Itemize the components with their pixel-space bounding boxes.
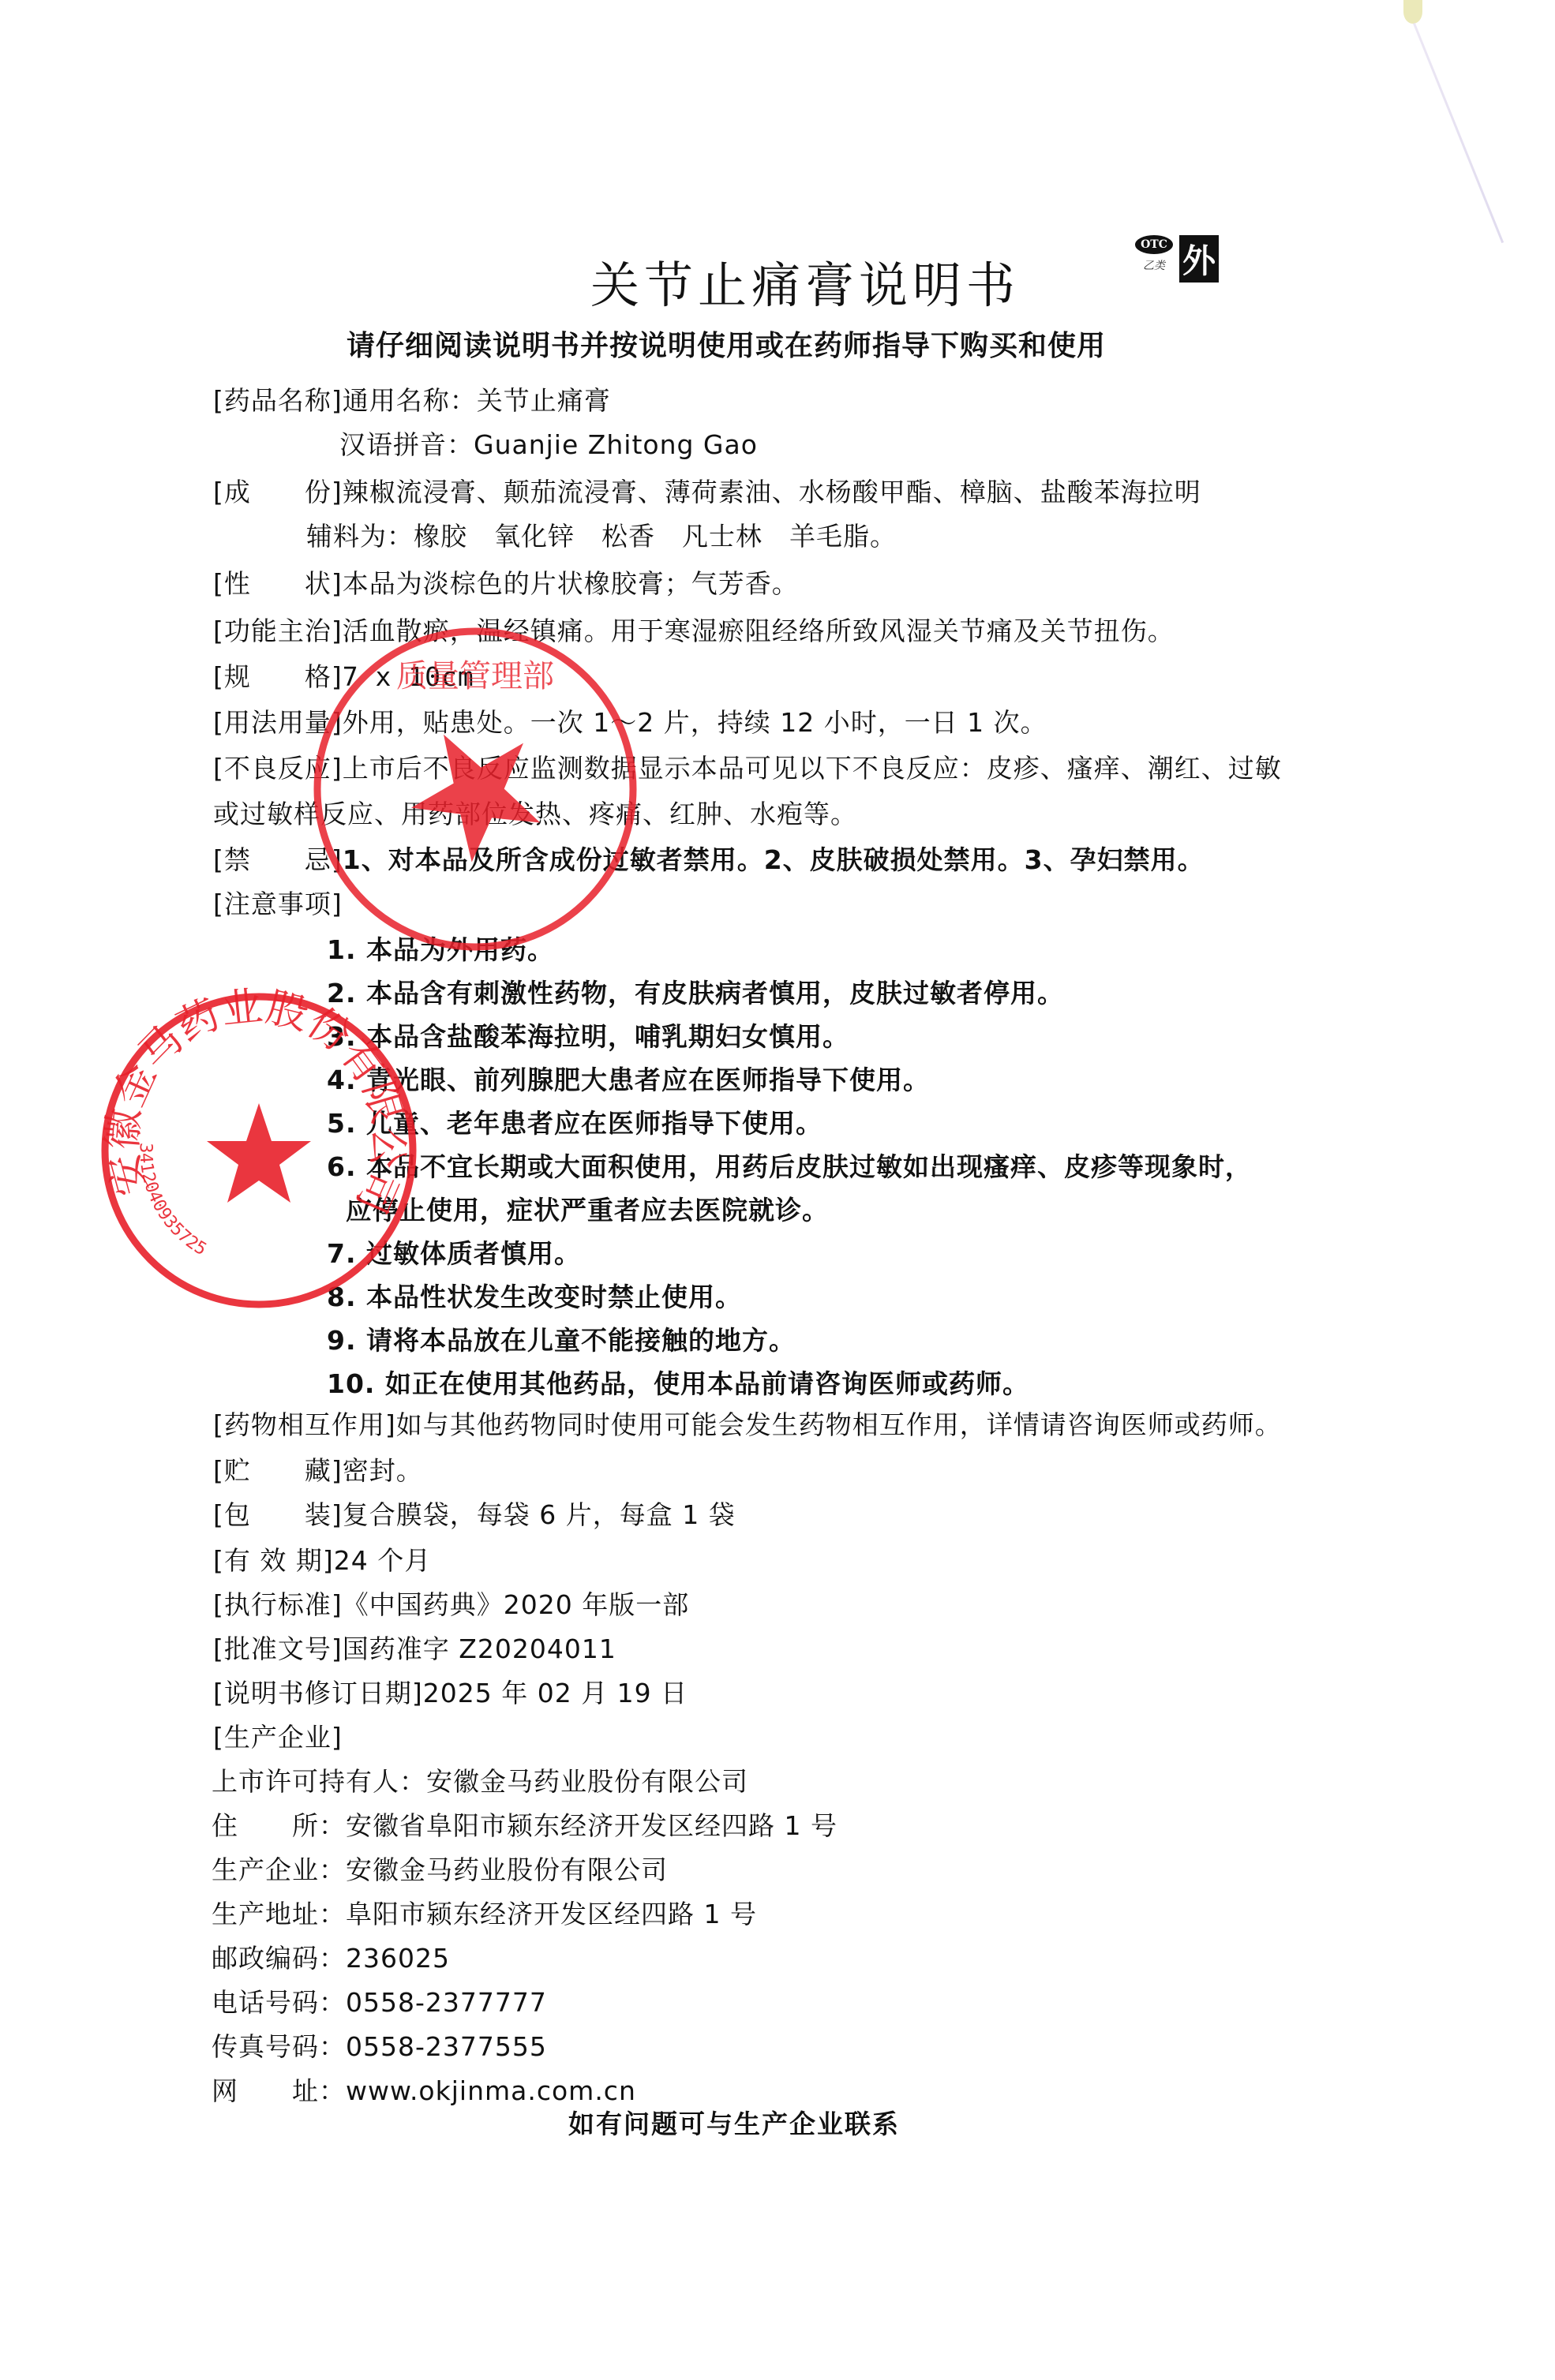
svg-text:质量管理部: 质量管理部	[396, 658, 554, 694]
manufacturer-row: 邮政编码：236025	[212, 1938, 450, 1975]
label: [贮 藏]	[213, 1455, 343, 1486]
label: [性 状]	[213, 568, 343, 599]
label: [说明书修订日期]	[213, 1678, 423, 1708]
label: [有 效 期]	[213, 1545, 334, 1576]
section-approval: [批准文号]国药准字 Z20204011	[213, 1629, 616, 1666]
svg-text:3412040935725: 3412040935725	[135, 1143, 209, 1260]
value: 复合膜袋，每袋 6 片，每盒 1 袋	[343, 1499, 736, 1530]
otc-class: 乙类	[1143, 257, 1165, 273]
value: 《中国药典》2020 年版一部	[343, 1589, 689, 1620]
footer-note: 如有问题可与生产企业联系	[568, 2104, 900, 2141]
section-storage: [贮 藏]密封。	[213, 1450, 423, 1487]
value: 辣椒流浸膏、颠茄流浸膏、薄荷素油、水杨酸甲酯、樟脑、盐酸苯海拉明	[343, 477, 1201, 507]
label: [包 装]	[213, 1499, 343, 1530]
precaution-item: 9. 请将本品放在儿童不能接触的地方。	[327, 1320, 796, 1357]
precaution-item: 6. 本品不宜长期或大面积使用，用药后皮肤过敏如出现瘙痒、皮疹等现象时，	[327, 1147, 1252, 1184]
manufacturer-row: 网 址：www.okjinma.com.cn	[212, 2071, 636, 2108]
badge-group: OTC 乙类 外	[1135, 235, 1219, 283]
subtitle: 请仔细阅读说明书并按说明使用或在药师指导下购买和使用	[332, 324, 1121, 364]
excipients: 辅料为：橡胶 氧化锌 松香 凡士林 羊毛脂。	[306, 516, 897, 553]
external-use-icon: 外	[1179, 235, 1219, 283]
document-title: 关节止痛膏说明书	[553, 246, 1058, 316]
manufacturer-row: 生产企业：安徽金马药业股份有限公司	[212, 1850, 668, 1887]
label: [药品名称]	[213, 385, 343, 416]
label: [批准文号]	[213, 1633, 343, 1664]
label: [执行标准]	[213, 1589, 343, 1620]
value: 本品为淡棕色的片状橡胶膏；气芳香。	[343, 568, 799, 599]
precaution-item: 10. 如正在使用其他药品，使用本品前请咨询医师或药师。	[327, 1364, 1029, 1401]
section-name: [药品名称]通用名称：关节止痛膏	[213, 380, 611, 417]
precaution-item: 2. 本品含有刺激性药物，有皮肤病者慎用，皮肤过敏者停用。	[327, 973, 1064, 1010]
section-interactions: [药物相互作用]如与其他药物同时使用可能会发生药物相互作用，详情请咨询医师或药师…	[213, 1405, 1282, 1442]
company-seal-upper: 质量管理部	[302, 616, 649, 963]
value: 密封。	[343, 1455, 423, 1486]
manufacturer-row: 电话号码：0558-2377777	[212, 1982, 547, 2019]
section-package: [包 装]复合膜袋，每袋 6 片，每盒 1 袋	[213, 1495, 736, 1532]
section-appearance: [性 状]本品为淡棕色的片状橡胶膏；气芳香。	[213, 563, 799, 601]
section-revision: [说明书修订日期]2025 年 02 月 19 日	[213, 1673, 688, 1710]
value: 国药准字 Z20204011	[343, 1633, 616, 1664]
section-manufacturer-label: [生产企业]	[213, 1717, 343, 1754]
pinyin: 汉语拼音：Guanjie Zhitong Gao	[339, 425, 758, 462]
manufacturer-row: 生产地址：阜阳市颍东经济开发区经四路 1 号	[212, 1894, 757, 1931]
otc-badge: OTC 乙类	[1135, 235, 1173, 273]
label: [药物相互作用]	[213, 1409, 396, 1440]
manufacturer-row: 住 所：安徽省阜阳市颍东经济开发区经四路 1 号	[212, 1806, 837, 1843]
section-validity: [有 效 期]24 个月	[213, 1540, 431, 1577]
value: 通用名称：关节止痛膏	[343, 385, 611, 416]
corner-artifact	[1403, 0, 1422, 24]
manufacturer-row: 传真号码：0558-2377555	[212, 2026, 547, 2064]
label: [成 份]	[213, 477, 343, 507]
company-seal-lower: 安徽金马药业股份有限公司 3412040935725	[93, 985, 425, 1316]
section-ingredients: [成 份]辣椒流浸膏、颠茄流浸膏、薄荷素油、水杨酸甲酯、樟脑、盐酸苯海拉明	[213, 472, 1201, 509]
value: 如与其他药物同时使用可能会发生药物相互作用，详情请咨询医师或药师。	[396, 1409, 1282, 1440]
corner-edge	[1413, 23, 1504, 243]
section-standard: [执行标准]《中国药典》2020 年版一部	[213, 1585, 689, 1622]
manufacturer-row: 上市许可持有人：安徽金马药业股份有限公司	[212, 1761, 748, 1798]
value: 2025 年 02 月 19 日	[423, 1678, 688, 1708]
otc-icon: OTC	[1135, 235, 1173, 254]
value: 24 个月	[334, 1545, 431, 1576]
